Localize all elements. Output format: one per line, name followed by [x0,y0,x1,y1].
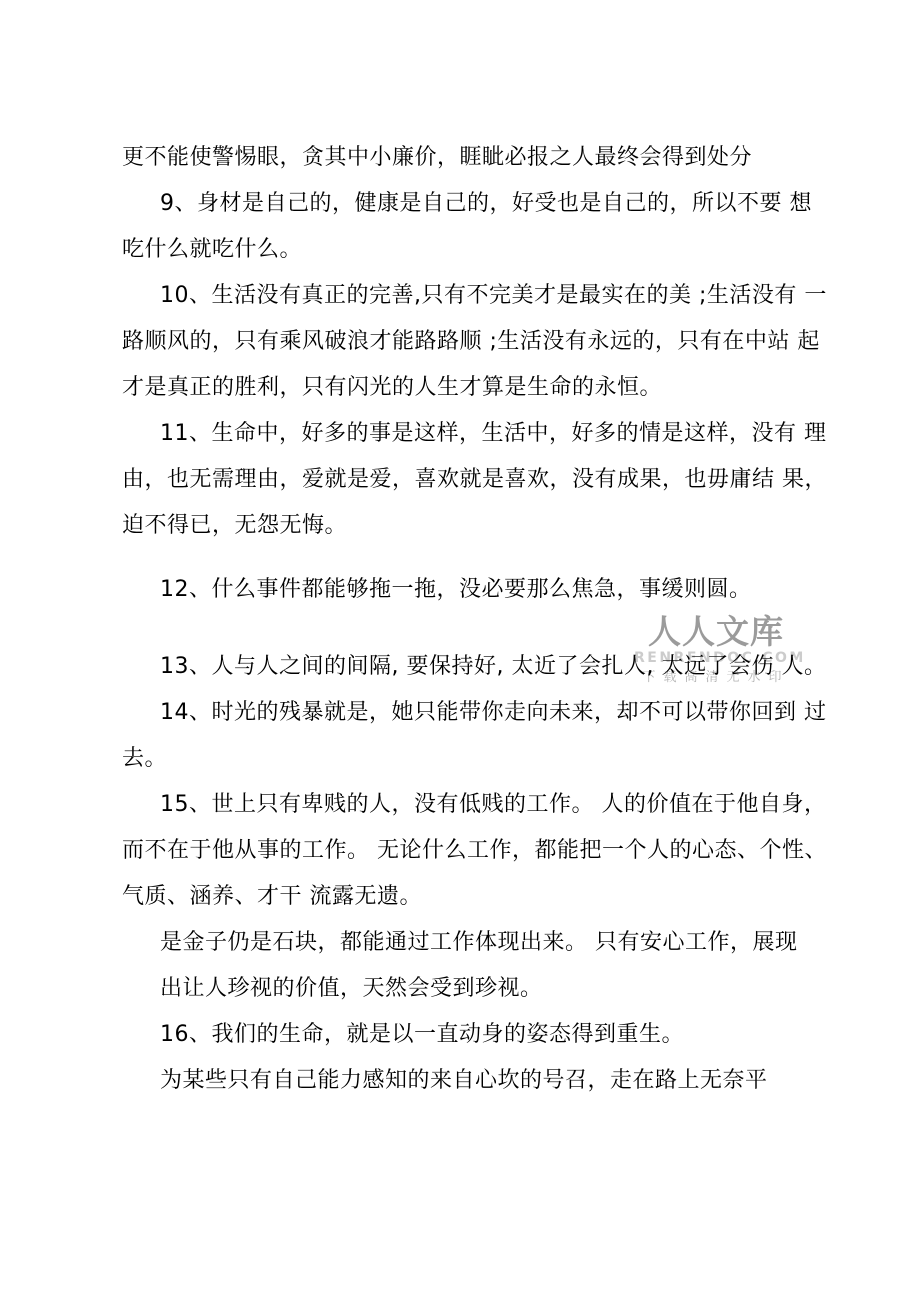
text-line: 10、生活没有真正的完善,只有不完美才是最实在的美 ;生活没有 一 [122,273,827,319]
text-line: 路顺风的，只有乘风破浪才能路路顺 ;生活没有永远的，只有在中站 起 [122,319,827,365]
text-line: 14、时光的残暴就是，她只能带你走向未来，却不可以带你回到 过 [122,690,827,736]
text-line: 9、身材是自己的，健康是自己的，好受也是自己的，所以不要 想 [122,181,827,227]
text-line: 吃什么就吃什么。 [122,227,827,273]
text-line: 是金子仍是石块，都能通过工作体现出来。 只有安心工作，展现 [122,920,827,966]
text-line: 15、世上只有卑贱的人，没有低贱的工作。 人的价值在于他自身， [122,782,827,828]
text-line: 13、人与人之间的间隔, 要保持好, 太近了会扎人, 太远了会伤 人。 [122,644,827,690]
text-line: 由，也无需理由，爱就是爱，喜欢就是喜欢，没有成果，也毋庸结 果， [122,457,827,503]
text-line: 去。 [122,736,827,782]
text-line: 16、我们的生命，就是以一直动身的姿态得到重生。 [122,1012,827,1058]
text-line: 出让人珍视的价值，天然会受到珍视。 [122,966,827,1012]
text-line: 11、生命中，好多的事是这样，生活中，好多的情是这样，没有 理 [122,411,827,457]
text-line: 而不在于他从事的工作。 无论什么工作，都能把一个人的心态、个性、 [122,828,827,874]
text-line: 12、什么事件都能够拖一拖，没必要那么焦急，事缓则圆。 [122,567,827,613]
document-page: 人人文库 RENRENDOC.COM 下载高清无水印 更不能使警惕眼，贪其中小廉… [0,0,920,1303]
document-content: 更不能使警惕眼，贪其中小廉价，睚眦必报之人最终会得到处分 9、身材是自己的，健康… [122,135,827,1104]
text-line: 才是真正的胜利，只有闪光的人生才算是生命的永恒。 [122,365,827,411]
text-line: 为某些只有自己能力感知的来自心坎的号召，走在路上无奈平 [122,1058,827,1104]
text-line: 气质、涵养、才干 流露无遗。 [122,874,827,920]
text-line: 迫不得已，无怨无悔。 [122,503,827,549]
text-line: 更不能使警惕眼，贪其中小廉价，睚眦必报之人最终会得到处分 [122,135,827,181]
